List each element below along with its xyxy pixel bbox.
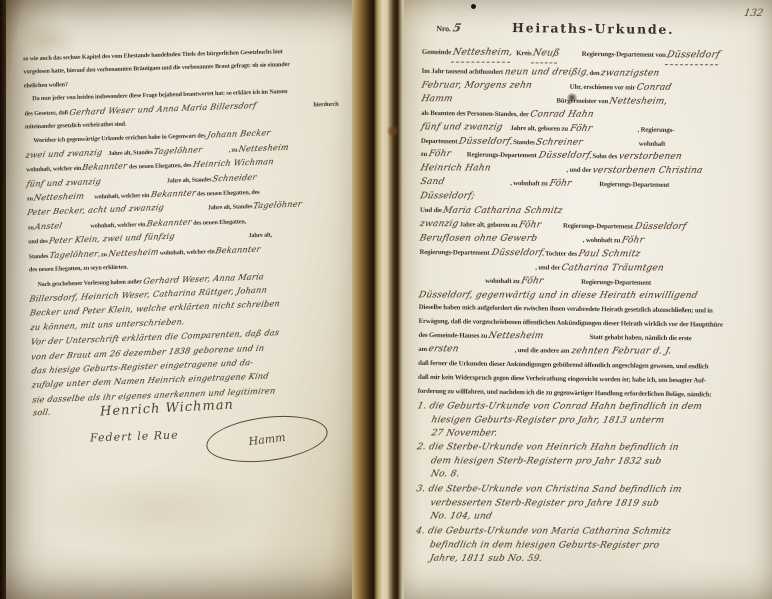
certificate-header: Nro. 5 Heiraths-Urkunde. [422,18,764,42]
printed-text: Im Jahr tausend achthundert [422,68,505,76]
blank-space [543,331,589,345]
handwritten-text: Anstel [34,219,64,234]
blank-space [419,260,535,275]
handwritten-text: No. 104, und [429,510,493,524]
handwritten-text: Nettesheim [33,190,85,205]
blank-space [202,144,228,158]
handwritten-text: Catharina Träumtgen [560,262,665,276]
handwritten-text: hiesigen Geburts-Register pro Jahr, 1813… [430,414,666,428]
folio-number: 132 [743,8,764,19]
handwritten-text: Düsseldorf, gegenwärtig und in diese Hei… [417,289,699,303]
printed-text: Jahre alt, Standes [167,176,213,184]
handwritten-text: Düsseldorf [457,135,511,149]
blank-space [459,344,515,359]
handwritten-text: Düsseldorf [665,46,722,65]
handwritten-text: Nettesheim [107,245,159,260]
printed-text: Regierungs-Departement [467,152,539,160]
printed-text: , Sohn des [589,153,618,160]
handwritten-text: Schreiner [535,136,585,150]
printed-text: Bürgermeister von [556,97,610,105]
printed-text: Regierungs-Departement [581,278,651,286]
handwritten-text: dem hiesigen Sterb-Registern pro Jahr 18… [429,456,662,470]
handwritten-text: Nettesheim, [451,44,515,63]
printed-text: als Beamten des Personen-Standes, der [421,110,530,118]
printed-text: Gemeinde [422,48,453,56]
handwritten-text: Schneider [211,170,257,185]
handwritten-text: fünf und zwanzig [25,175,102,191]
printed-text: wohnhaft zu [485,277,521,284]
handwritten-text: Bekannter [81,160,128,175]
printed-text: , und der [535,264,561,271]
handwritten-text: fünf und zwanzig [419,121,503,135]
handwritten-text: Bekannter [146,215,193,230]
handwritten-text: zehnten Februar d. J. [569,345,672,359]
handwritten-text: Tagelöhner [153,143,204,158]
handwritten-text: Neuß [531,44,562,63]
handwritten-text: Hamm [420,93,454,107]
document-line: Jahre, 1811 sub No. 59. [416,552,758,570]
blank-space [490,163,566,178]
printed-text: , Regierungs- [638,126,675,133]
number-value: 5 [452,21,463,34]
printed-text: wohnhaft, welcher ein [94,192,151,201]
handwritten-text: Februar, Morgens zehn [420,79,533,93]
handwritten-text: Heinrich Wichman [192,155,275,172]
printed-text: , und der [566,167,592,174]
handwritten-text: Föhr [427,149,452,163]
handwritten-text: Beruflosen ohne Gewerb [418,232,538,246]
printed-text: Statt gehabt haben, nämlich die erste [590,334,692,342]
number-label: Nro. [436,24,451,33]
printed-text: Uhr, erschienen vor mir [570,84,637,92]
handwritten-text: 1. die Geburts-Urkunde von Conrad Hahn b… [416,400,703,414]
handwritten-text: zwanzigsten [599,67,660,81]
handwritten-text: 4. die Geburts-Urkunde von Maria Cathari… [414,525,672,539]
printed-text: ehelichen wollen? [24,81,68,89]
printed-text: wohnhaft, welcher ein [158,248,216,257]
printed-text: daß ferner die Urkunden dieser Ankündigu… [418,360,708,371]
blank-space [444,176,510,191]
printed-text: Dieselbe haben mich aufgefordert die zwi… [419,304,713,315]
printed-text: Jahre alt, geboren zu [458,221,519,229]
handwritten-text: Nettesheim [237,141,289,156]
handwritten-text: verstorbenen Christina [591,165,704,179]
blank-space [543,275,581,289]
handwritten-text: Föhr [568,122,593,136]
book-gutter [352,0,406,599]
left-page-text: so wie auch das sechste Kapitel des vom … [23,44,347,421]
blank-space [591,123,637,137]
handwritten-text: Conrad Hahn [529,108,595,122]
printed-text: , Standes [510,139,536,146]
printed-text: wohnhaft [639,140,665,147]
right-page-text: Nro. 5 Heiraths-Urkunde. Gemeinde Nettes… [416,18,765,570]
blank-space [541,219,563,233]
blank-space [571,178,599,192]
printed-text: forderung zu willfahren, und nachdem ich… [418,388,712,399]
right-page: Nro. 5 Heiraths-Urkunde. Gemeinde Nettes… [404,0,772,599]
handwritten-text: zwei und zwanzig [25,146,104,162]
printed-text: Jahre alt, geboren zu [510,125,569,133]
blank-space [451,149,467,163]
printed-text: , den [586,70,601,77]
printed-text: des neuen Ehegatten, des [128,162,193,171]
handwritten-text: Düsseldorf; [419,190,476,204]
printed-text: Regierungs-Departement [563,223,635,231]
handwritten-text: Föhr [517,219,542,233]
printed-text: , zu [98,251,108,258]
printed-text: Regierungs-Departement [599,181,669,189]
handwritten-text: No. 8. [429,469,461,483]
printed-text: wohnhaft, welcher ein [90,221,147,230]
printed-text: , wohnhaft zu [583,237,622,244]
handwritten-text: Tagelöhner [252,198,303,213]
printed-text: Regierungs-Departement von [582,50,668,59]
printed-text: des Gemeinde-Hauses zu [418,332,488,340]
blank-space [419,274,485,289]
blank-space [62,220,90,234]
printed-text: Erwägung, daß die vorgeschriebenen öffen… [419,318,723,329]
printed-text: hierdurch [313,97,338,111]
blank-space [537,233,583,247]
scanned-book-photo: so wie auch das sechste Kapitel des vom … [0,0,772,599]
handwritten-text: Bekannter [149,186,196,201]
handwritten-text: befindlich in dem hiesigen Geburts-Regis… [428,539,660,553]
handwritten-text: Tagelöhner [48,247,99,262]
handwritten-text: 2. die Sterbe-Urkunde von Heinrich Hahn … [415,442,680,456]
printed-text: , wohnhaft zu [510,180,549,187]
printed-text: Jahre alt, [248,232,272,240]
handwritten-text: Johann Becker [206,127,272,143]
left-page: so wie auch das sechste Kapitel des vom … [6,0,354,599]
printed-text: Worüber ich gegenwärtige Urkunde erricht… [33,133,207,145]
handwritten-text: Föhr [620,234,645,248]
page-title: Heiraths-Urkunde. [512,20,674,37]
handwritten-text: Bekannter [215,242,262,257]
handwritten-text: Sand [419,176,446,190]
handwritten-text: Föhr [520,275,545,289]
handwritten-text: Föhr [548,178,573,192]
handwritten-text: ersten [427,343,460,357]
printed-text: und des [28,238,49,246]
handwritten-text: verstorbenen [617,151,683,165]
printed-text: , Tochter des [542,250,578,257]
certificate-number: Nro. 5 [436,21,461,34]
handwritten-text: 3. die Sterbe-Urkunde von Christina Sand… [415,483,683,497]
handwritten-text: soll. [32,406,52,420]
printed-text: des neuen Ehegatten, zu seyn erklärten. [29,264,128,274]
printed-text: des neuen Ehegatten, des [196,189,260,198]
printed-text: Jahre alt, Standes [108,149,154,157]
blank-space [452,93,556,108]
blank-space [164,202,208,217]
handwritten-text: Maria Catharina Schmitz [442,205,564,219]
printed-text: Departement [421,137,459,144]
printed-text: , und die andere am [515,347,571,355]
handwritten-text: Düsseldorf [489,247,543,261]
handwritten-text: Jahre, 1811 sub No. 59. [428,552,544,566]
handwritten-text: Paul Schmitz [577,248,642,262]
blank-space [560,46,582,63]
handwritten-text: Nettesheim [487,330,545,344]
handwritten-text: Düsseldorf [537,150,591,164]
printed-text: Und die [420,207,443,214]
printed-text: miteinander gesetzlich verheirathet sind… [25,121,126,131]
blank-space [532,80,570,94]
printed-text: des Gesetzes, daß [25,109,70,117]
handwritten-text: 27 November. [430,427,499,441]
handwritten-text: Heinrich Hahn [419,163,492,177]
handwritten-text: zwanzig [418,218,459,232]
gemeinde-line: Gemeinde Nettesheim, Kreis Neuß Regierun… [422,43,764,66]
printed-text: Nach geschehener Vorlesung haben außer [37,278,143,288]
right-page-body: Im Jahr tausend achthundert neun und dre… [416,65,764,570]
printed-text: Jahre alt, Standes [208,204,254,212]
printed-text: des neuen Ehegatten, [192,218,246,227]
printed-text: Standes [29,252,50,260]
printed-text: daß mir kein Widerspruch gegen diese Ver… [418,374,706,385]
handwritten-text: Nettesheim, [608,95,669,109]
document-line: Düsseldorf, gegenwärtig und in diese Hei… [419,287,761,305]
printed-text: wohnhaft, welcher ein [26,165,83,174]
printed-text: Kreis [516,49,533,57]
handwritten-text: Conrad [635,82,673,96]
handwritten-text: Düsseldorf [633,221,687,235]
handwritten-text: neun und dreißig [503,66,588,80]
printed-text: Regierungs-Departement [419,249,491,257]
